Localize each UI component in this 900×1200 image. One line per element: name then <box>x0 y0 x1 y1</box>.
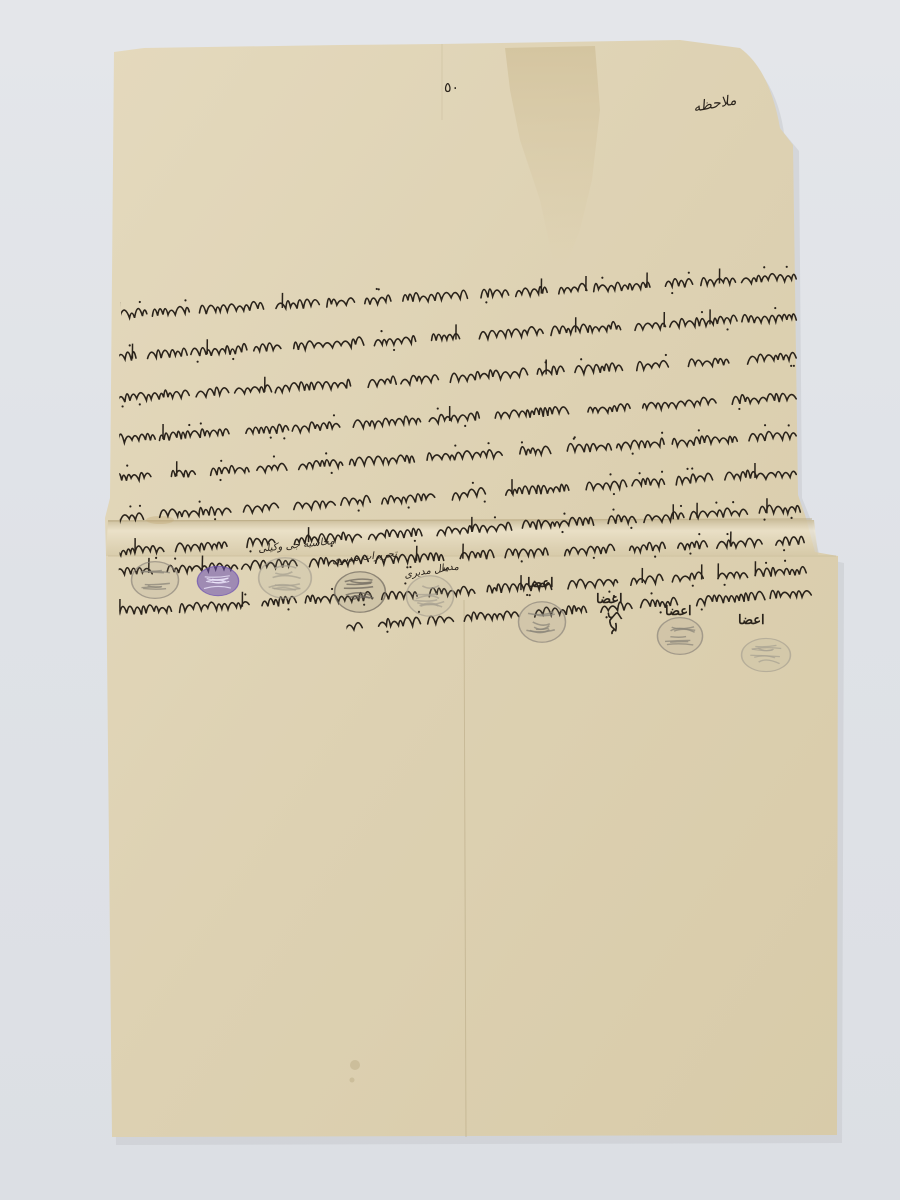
paper-sheet <box>0 0 900 1200</box>
